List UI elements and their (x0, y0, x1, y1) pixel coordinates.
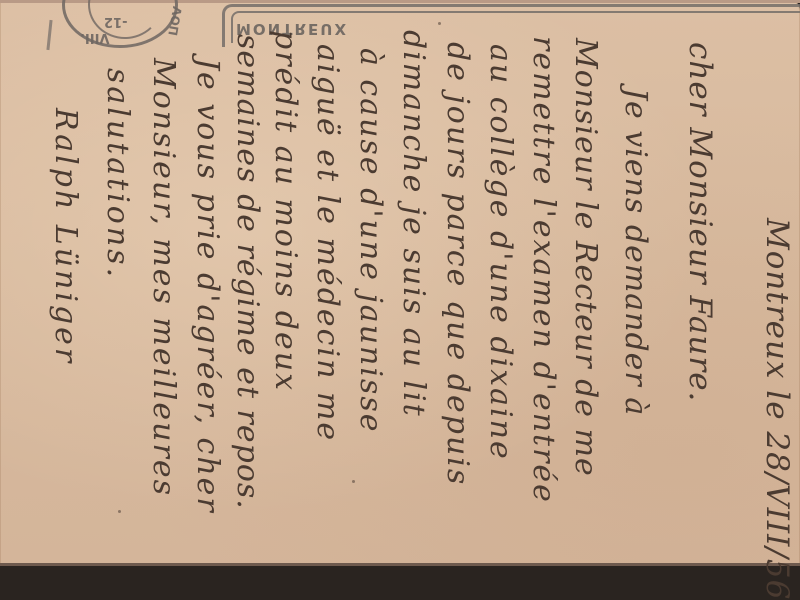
letter-line-6: dimanche je suis au lit (398, 30, 428, 418)
cancel-mark (46, 20, 52, 50)
paper-speck (595, 62, 598, 65)
postmark-date: -12 (104, 14, 128, 29)
paper-speck (352, 480, 355, 483)
letter-line-10: semaines de régime et repos. (232, 34, 262, 510)
letter-line-1: Je viens demander à (620, 88, 650, 416)
postmark-month: VIII. (80, 30, 110, 45)
place-date: Montreux le 28/VIII/56 (761, 218, 792, 566)
letter-line-8: aiguë et le médecin me (312, 44, 342, 442)
letter-line-3: remettre l'examen d'entrée (528, 36, 558, 504)
signature: Ralph Lüniger (50, 108, 80, 365)
paper-speck (438, 22, 441, 25)
letter-line-13: salutations. (102, 68, 132, 280)
letter-line-4: au collège d'une dixaine (485, 44, 515, 461)
letter-line-12: Monsieur, mes meilleures (148, 58, 178, 497)
postcard: -12 VIII. ΛΟΠ MONTREUX Montreux le 28/VI… (0, 0, 800, 566)
letter-line-5: de jours parce que depuis (442, 42, 472, 486)
letter-line-11: Je vous prie d'agréer, cher (192, 58, 222, 514)
letter-line-7: à cause d'une jaunisse (355, 48, 385, 433)
letter-line-9: prédit au moins deux (270, 30, 300, 392)
letter-line-2: Monsieur le Recteur de me (570, 38, 600, 477)
salutation: cher Monsieur Faure. (684, 42, 715, 402)
paper-speck (118, 510, 121, 513)
